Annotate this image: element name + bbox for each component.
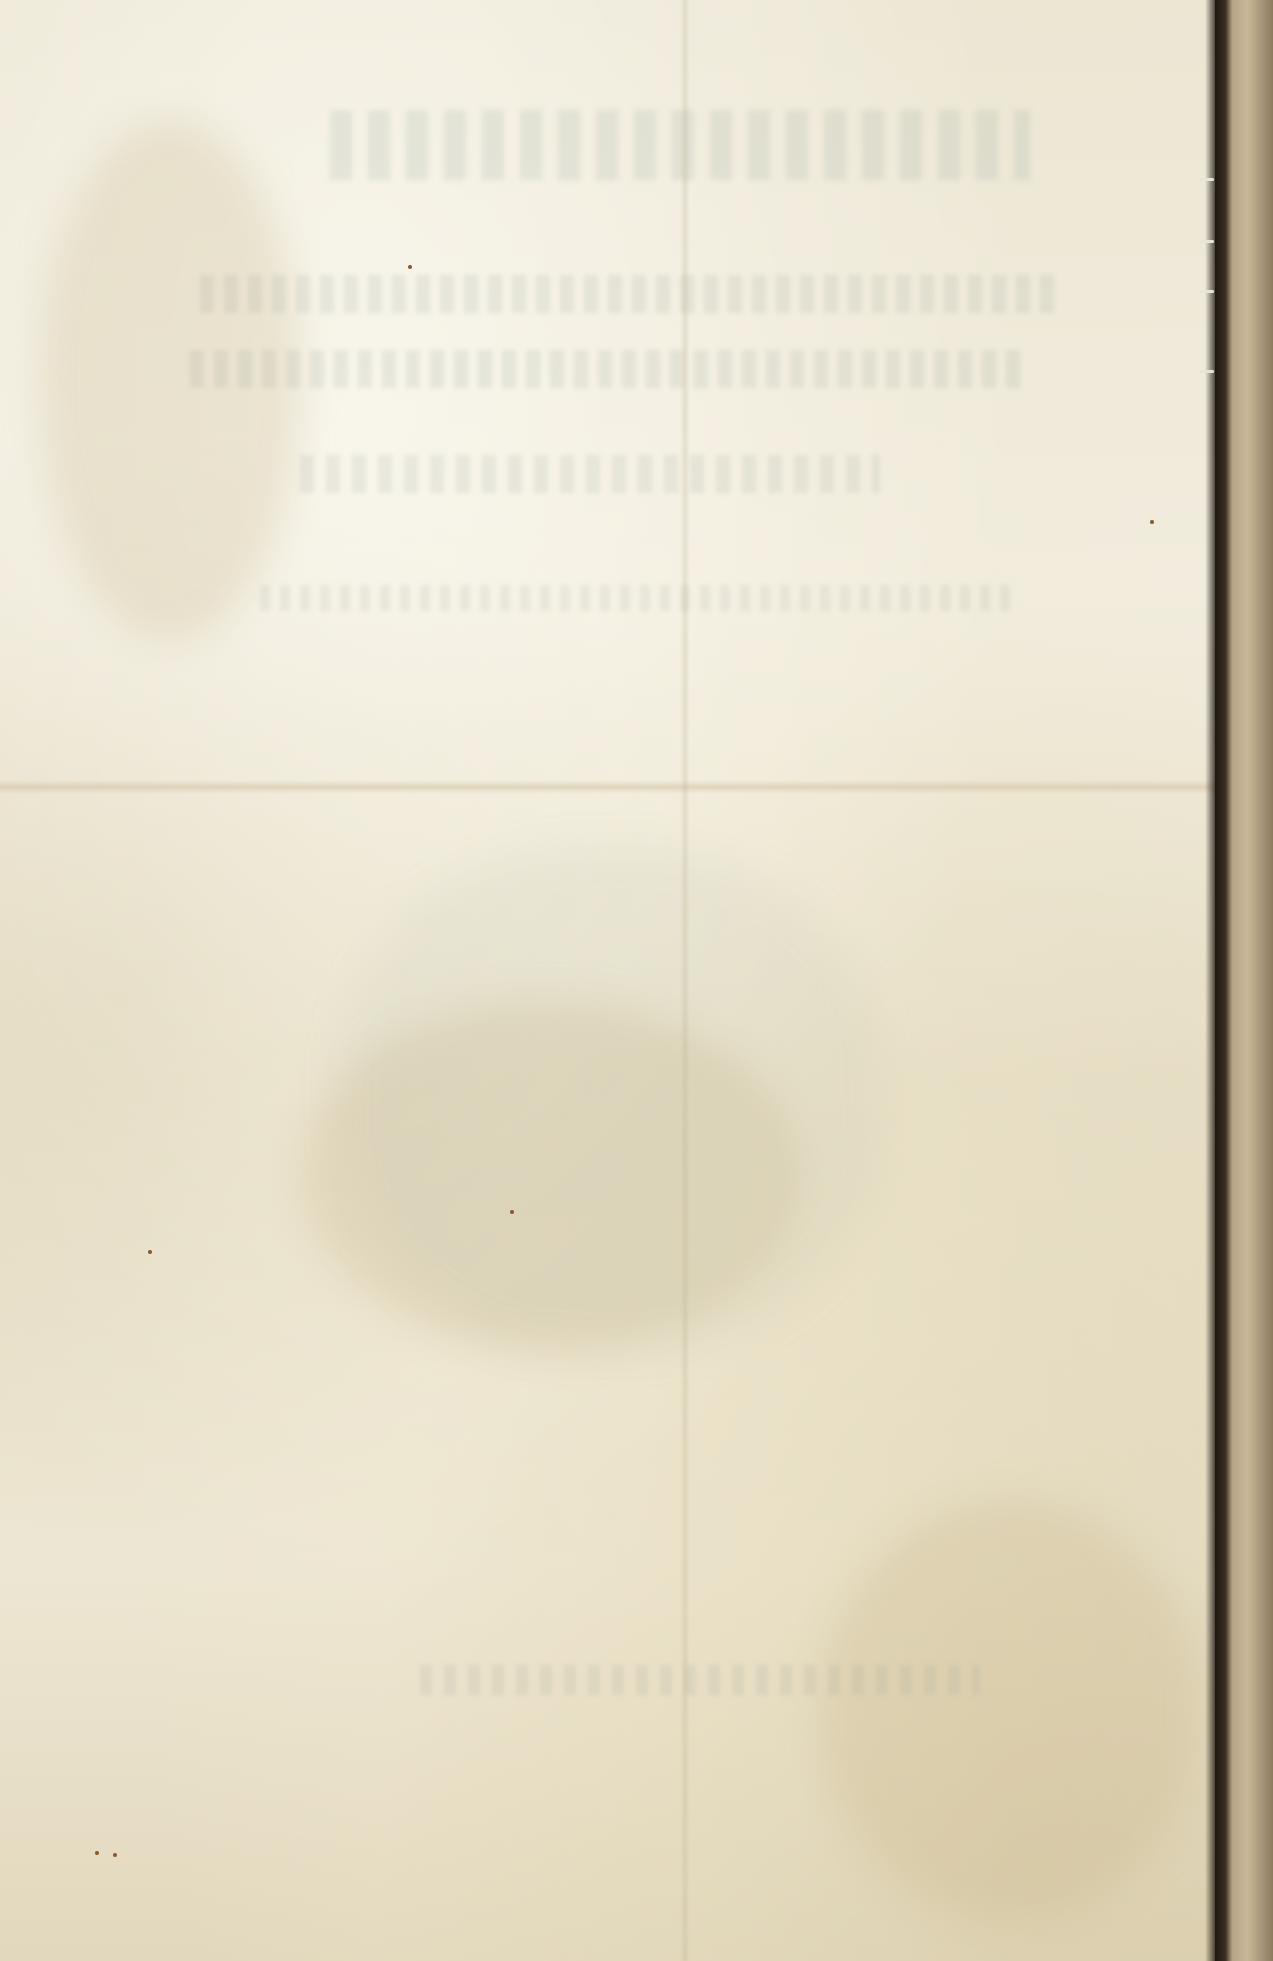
bleed-through-line-shape xyxy=(200,275,1060,313)
bleed-through-vignette xyxy=(340,850,880,1350)
bleed-through-title-shape xyxy=(330,110,1030,180)
bleed-through-line-shape xyxy=(190,350,1020,388)
binding-stitch xyxy=(1200,370,1214,373)
book-spine xyxy=(1215,0,1273,1961)
binding-stitch xyxy=(1200,290,1214,293)
binding-stitch xyxy=(1200,240,1214,243)
paper-fleck xyxy=(113,1853,117,1857)
horizontal-fold-crease xyxy=(0,780,1215,794)
paper-fleck xyxy=(1150,520,1154,524)
paper-fleck xyxy=(510,1210,514,1214)
bleed-through-imprint-shape xyxy=(420,1665,980,1695)
bleed-through-line-shape xyxy=(260,585,1020,611)
bleed-through-line-shape xyxy=(300,455,880,493)
paper-fleck xyxy=(148,1250,152,1254)
paper-page xyxy=(0,0,1215,1961)
water-stain xyxy=(820,1500,1200,1920)
paper-fleck xyxy=(95,1851,99,1855)
binding-stitch xyxy=(1200,178,1214,181)
paper-fleck xyxy=(408,265,412,269)
